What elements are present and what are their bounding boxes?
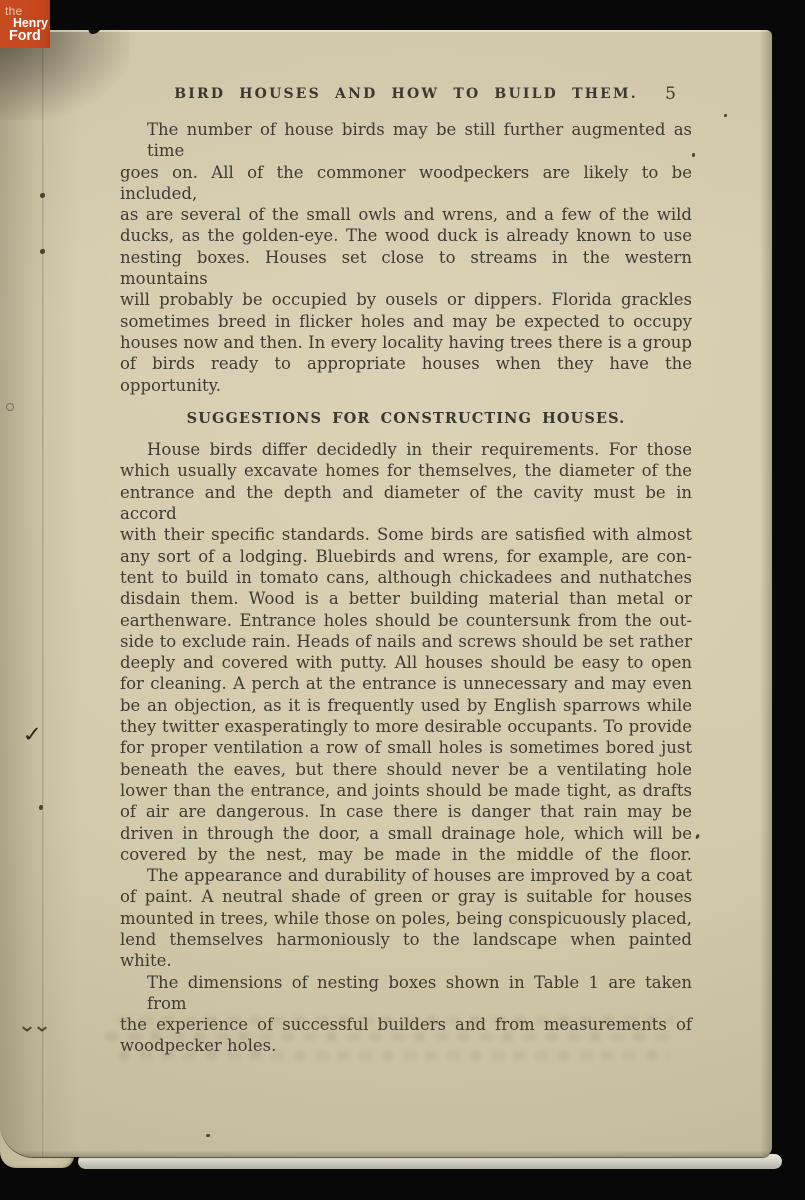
text-line: any sort of a lodging. Bluebirds and wre… [120, 546, 692, 567]
text-line: House birds differ decidedly in their re… [120, 439, 692, 460]
text-line: lower than the entrance, and joints shou… [120, 780, 692, 801]
paragraph: The number of house birds may be still f… [120, 119, 692, 396]
text-line: covered by the nest, may be made in the … [120, 844, 692, 865]
paper-speck [206, 1134, 210, 1137]
showthrough-text-line [118, 1016, 674, 1025]
text-column: The number of house birds may be still f… [120, 119, 692, 1057]
text-line: of paint. A neutral shade of green or gr… [120, 886, 692, 907]
paper-speck [692, 153, 695, 157]
binding-stitch-mark [39, 805, 43, 810]
text-line: The number of house birds may be still f… [120, 119, 692, 162]
text-line: earthenware. Entrance holes should be co… [120, 610, 692, 631]
text-line: The appearance and durability of houses … [120, 865, 692, 886]
paper-speck [724, 114, 727, 117]
text-line: which usually excavate homes for themsel… [120, 460, 692, 481]
henry-ford-archive-logo: the Henry Ford [0, 0, 50, 48]
text-line: disdain them. Wood is a better building … [120, 588, 692, 609]
text-line: of birds ready to appropriate houses whe… [120, 353, 692, 396]
text-line: The dimensions of nesting boxes shown in… [120, 972, 692, 1015]
scanned-book-photo: BIRD HOUSES AND HOW TO BUILD THEM. 5 The… [0, 0, 805, 1200]
text-line: lend themselves harmoniously to the land… [120, 929, 692, 972]
gutter-shadow [0, 30, 78, 1157]
binding-stitch-mark [40, 193, 45, 198]
page-number: 5 [665, 84, 676, 104]
text-line: for proper ventilation a row of small ho… [120, 737, 692, 758]
showthrough-text-line [118, 1051, 670, 1060]
text-line: side to exclude rain. Heads of nails and… [120, 631, 692, 652]
page-top-edge-highlight [0, 30, 772, 32]
text-line: will probably be occupied by ousels or d… [120, 289, 692, 310]
page-right-edge-shadow [760, 30, 772, 1157]
text-line: of air are dangerous. In case there is d… [120, 801, 692, 822]
text-line: sometimes breed in flicker holes and may… [120, 311, 692, 332]
text-line: be an objection, as it is frequently use… [120, 695, 692, 716]
text-line: beneath the eaves, but there should neve… [120, 759, 692, 780]
text-line: for cleaning. A perch at the entrance is… [120, 673, 692, 694]
binding-stitch-mark [40, 249, 45, 254]
paragraph: The appearance and durability of houses … [120, 865, 692, 971]
text-line: deeply and covered with putty. All house… [120, 652, 692, 673]
text-line: as are several of the small owls and wre… [120, 204, 692, 225]
text-line: they twitter exasperatingly to more desi… [120, 716, 692, 737]
text-line: mounted in trees, while those on poles, … [120, 908, 692, 929]
book-page: BIRD HOUSES AND HOW TO BUILD THEM. 5 The… [0, 30, 772, 1157]
pencil-check-mark: ✓ [21, 723, 44, 745]
page-title: BIRD HOUSES AND HOW TO BUILD THEM. [120, 86, 692, 102]
text-line: driven in through the door, a small drai… [120, 823, 692, 844]
pencil-tick-mark [37, 1026, 46, 1033]
paragraph: The dimensions of nesting boxes shown in… [120, 972, 692, 1057]
page-bottom-edge-shadow [0, 1150, 772, 1157]
logo-text-ford: Ford [9, 27, 41, 44]
gutter-crease-line [42, 30, 45, 1157]
text-line: houses now and then. In every locality h… [120, 332, 692, 353]
text-line: tent to build in tomato cans, although c… [120, 567, 692, 588]
running-head: BIRD HOUSES AND HOW TO BUILD THEM. 5 [120, 86, 692, 108]
section-heading: SUGGESTIONS FOR CONSTRUCTING HOUSES. [120, 408, 692, 429]
text-line: nesting boxes. Houses set close to strea… [120, 247, 692, 290]
text-line: with their specific standards. Some bird… [120, 524, 692, 545]
paper-blemish [6, 403, 14, 411]
paragraph: House birds differ decidedly in their re… [120, 439, 692, 865]
text-line: goes on. All of the commoner woodpeckers… [120, 162, 692, 205]
text-line: ducks, as the golden-eye. The wood duck … [120, 225, 692, 246]
text-line: entrance and the depth and diameter of t… [120, 482, 692, 525]
showthrough-text-line [106, 1032, 678, 1041]
pencil-tick-mark [22, 1026, 31, 1033]
